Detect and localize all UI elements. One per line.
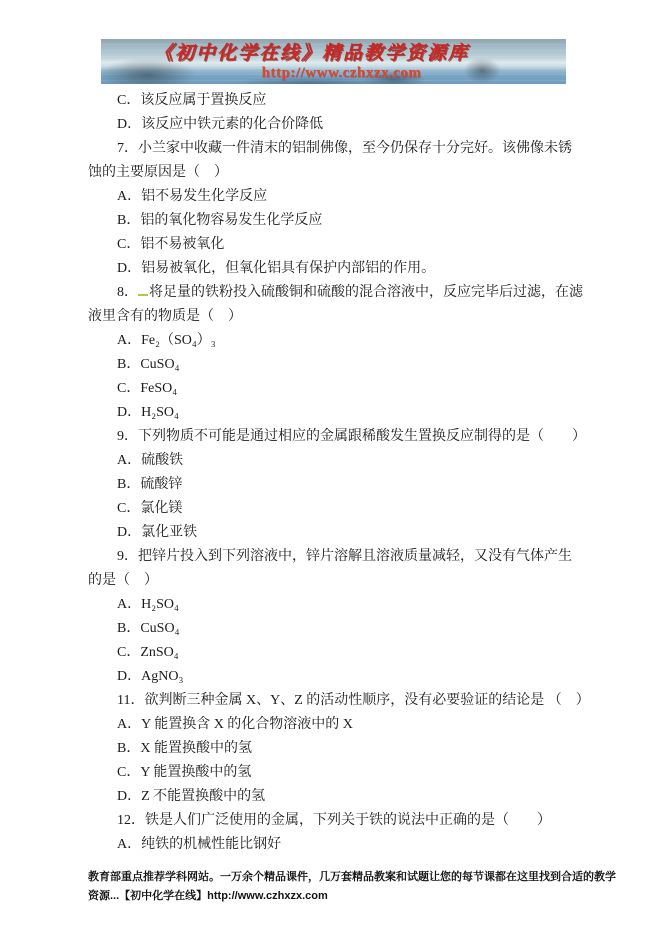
text-line: 12．铁是人们广泛使用的金属，下列关于铁的说法中正确的是（ ） bbox=[88, 809, 600, 833]
text-line: A．Fe₂（SO₄）₃ bbox=[88, 329, 600, 353]
text-line: 8．将足量的铁粉投入硫酸铜和硫酸的混合溶液中，反应完毕后过滤，在滤 bbox=[88, 281, 600, 305]
text-line: A．Y 能置换含 X 的化合物溶液中的 X bbox=[88, 713, 600, 737]
text-line: B．CuSO₄ bbox=[88, 353, 600, 377]
site-banner-url: http://www.czhxzx.com bbox=[109, 65, 566, 81]
text-line: D．氯化亚铁 bbox=[88, 521, 600, 545]
text-line: D．Z 不能置换酸中的氢 bbox=[88, 785, 600, 809]
footer-line: 教育部重点推荐学科网站。一万余个精品课件，几万套精品教案和试题让您的每节课都在这… bbox=[88, 868, 648, 887]
question-text: 将足量的铁粉投入硫酸铜和硫酸的混合溶液中，反应完毕后过滤，在滤 bbox=[149, 285, 583, 300]
spellcheck-underline-icon bbox=[138, 281, 148, 296]
text-line: A．铝不易发生化学反应 bbox=[88, 185, 600, 209]
text-line: 的是（ ） bbox=[88, 569, 600, 593]
text-line: 蚀的主要原因是（ ） bbox=[88, 161, 600, 185]
text-line: C．氯化镁 bbox=[88, 497, 600, 521]
text-line: B．铝的氧化物容易发生化学反应 bbox=[88, 209, 600, 233]
text-line: C．铝不易被氧化 bbox=[88, 233, 600, 257]
site-banner: 《初中化学在线》精品教学资源库 http://www.czhxzx.com bbox=[101, 39, 566, 84]
text-line: 液里含有的物质是（ ） bbox=[88, 305, 600, 329]
text-line: 9．把锌片投入到下列溶液中，锌片溶解且溶液质量减轻，又没有气体产生 bbox=[88, 545, 600, 569]
text-line: 7．小兰家中收藏一件清末的铝制佛像，至今仍保存十分完好。该佛像未锈 bbox=[88, 137, 600, 161]
text-line: C．Y 能置换酸中的氢 bbox=[88, 761, 600, 785]
page: 《初中化学在线》精品教学资源库 http://www.czhxzx.com C．… bbox=[0, 0, 662, 936]
text-line: D．AgNO₃ bbox=[88, 665, 600, 689]
text-line: B．X 能置换酸中的氢 bbox=[88, 737, 600, 761]
text-line: D．H₂SO₄ bbox=[88, 401, 600, 425]
site-banner-title: 《初中化学在线》精品教学资源库 bbox=[101, 43, 544, 64]
page-footer: 教育部重点推荐学科网站。一万余个精品课件，几万套精品教案和试题让您的每节课都在这… bbox=[88, 868, 648, 906]
text-line: A．硫酸铁 bbox=[88, 449, 600, 473]
text-line: A．H₂SO₄ bbox=[88, 593, 600, 617]
text-line: A．纯铁的机械性能比钢好 bbox=[88, 833, 600, 857]
text-line: C．该反应属于置换反应 bbox=[88, 89, 600, 113]
text-line: D．该反应中铁元素的化合价降低 bbox=[88, 113, 600, 137]
text-line: D．铝易被氧化，但氧化铝具有保护内部铝的作用。 bbox=[88, 257, 600, 281]
text-line: C．ZnSO₄ bbox=[88, 641, 600, 665]
footer-line: 资源...【初中化学在线】http://www.czhxzx.com bbox=[88, 887, 648, 906]
document-body: C．该反应属于置换反应D．该反应中铁元素的化合价降低7．小兰家中收藏一件清末的铝… bbox=[88, 89, 600, 857]
question-number: 8． bbox=[117, 285, 138, 300]
text-line: 9．下列物质不可能是通过相应的金属跟稀酸发生置换反应制得的是（ ） bbox=[88, 425, 600, 449]
text-line: 11．欲判断三种金属 X、Y、Z 的活动性顺序，没有必要验证的结论是 （ ） bbox=[88, 689, 600, 713]
text-line: B．CuSO₄ bbox=[88, 617, 600, 641]
text-line: C．FeSO₄ bbox=[88, 377, 600, 401]
text-line: B．硫酸锌 bbox=[88, 473, 600, 497]
